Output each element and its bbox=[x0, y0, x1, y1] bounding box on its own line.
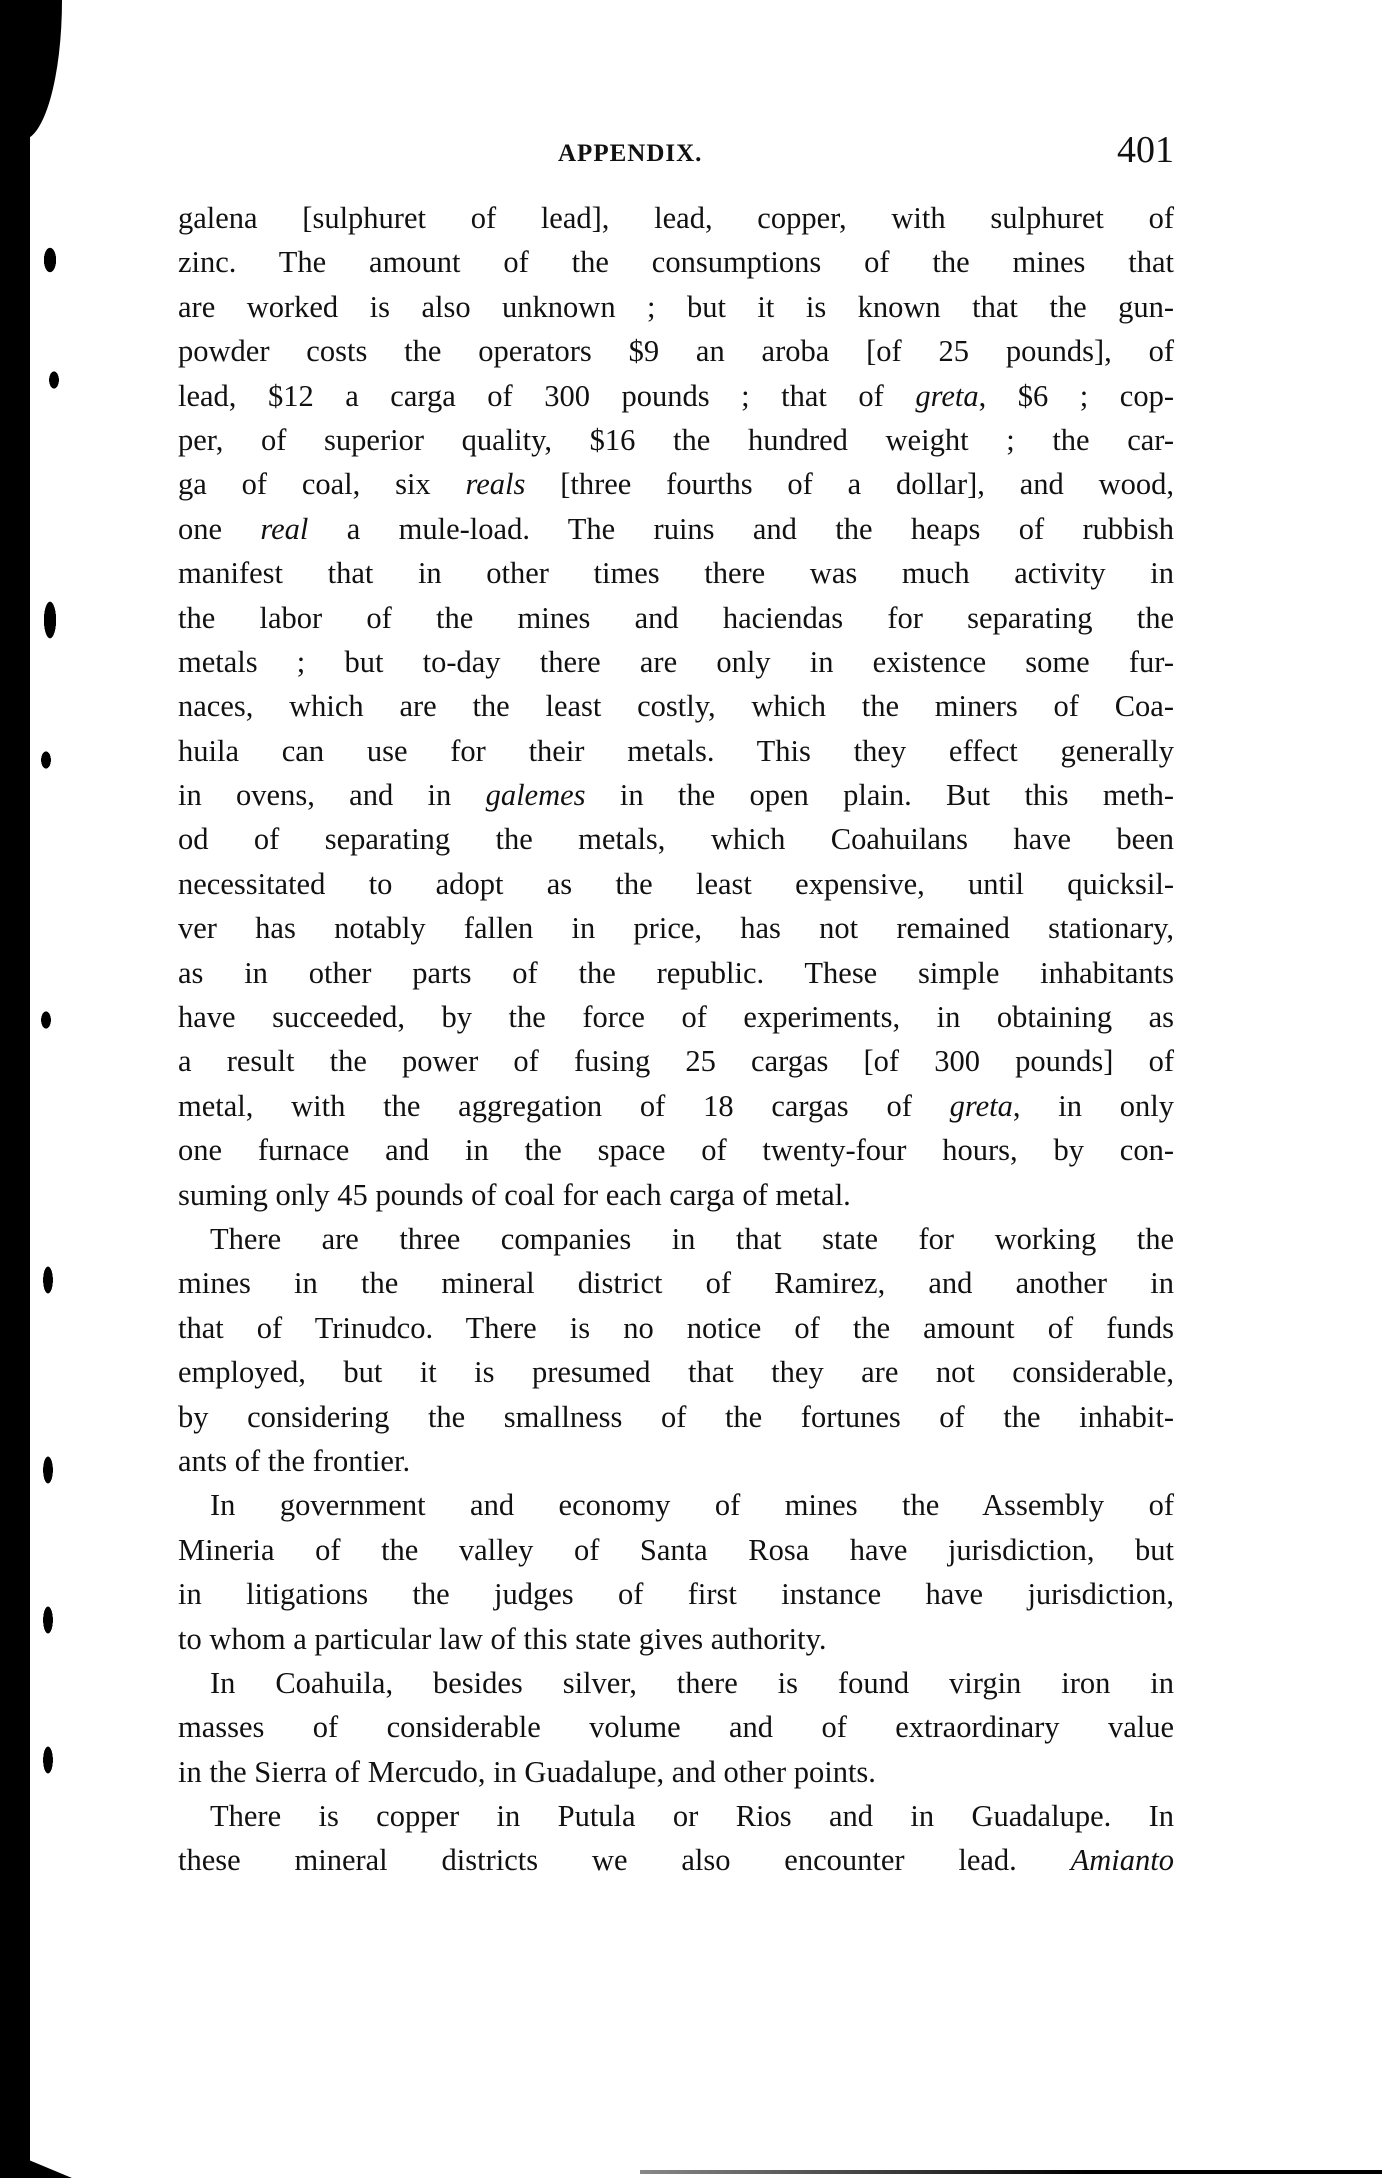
text-line: necessitated to adopt as the least expen… bbox=[178, 862, 1174, 906]
italic-term: Amianto bbox=[1071, 1843, 1174, 1877]
paragraph-1: galena [sulphuret of lead], lead, copper… bbox=[178, 196, 1174, 1217]
text-line: metal, with the aggregation of 18 cargas… bbox=[178, 1084, 1174, 1128]
text-line: are worked is also unknown ; but it is k… bbox=[178, 285, 1174, 329]
text-line: in litigations the judges of first insta… bbox=[178, 1572, 1174, 1616]
text-line: There is copper in Putula or Rios and in… bbox=[178, 1794, 1174, 1838]
text-line: zinc. The amount of the consumptions of … bbox=[178, 240, 1174, 284]
italic-term: greta bbox=[950, 1089, 1013, 1123]
running-title: APPENDIX. bbox=[558, 140, 702, 168]
paragraph-5: There is copper in Putula or Rios and in… bbox=[178, 1794, 1174, 1883]
text-line: ver has notably fallen in price, has not… bbox=[178, 906, 1174, 950]
text-line: per, of superior quality, $16 the hundre… bbox=[178, 418, 1174, 462]
italic-term: reals bbox=[466, 467, 526, 501]
text-line: od of separating the metals, which Coahu… bbox=[178, 817, 1174, 861]
text-line: metals ; but to-day there are only in ex… bbox=[178, 640, 1174, 684]
paragraph-3: In government and economy of mines the A… bbox=[178, 1483, 1174, 1661]
text-line: In government and economy of mines the A… bbox=[178, 1483, 1174, 1527]
text-line: masses of considerable volume and of ext… bbox=[178, 1705, 1174, 1749]
text-line: a result the power of fusing 25 cargas [… bbox=[178, 1039, 1174, 1083]
text-line: these mineral districts we also encounte… bbox=[178, 1838, 1174, 1882]
text-line: one furnace and in the space of twenty-f… bbox=[178, 1128, 1174, 1172]
text-line: one real a mule-load. The ruins and the … bbox=[178, 507, 1174, 551]
italic-term: real bbox=[260, 512, 308, 546]
text-line: by considering the smallness of the fort… bbox=[178, 1395, 1174, 1439]
text-line: to whom a particular law of this state g… bbox=[178, 1617, 1174, 1661]
text-line: galena [sulphuret of lead], lead, copper… bbox=[178, 196, 1174, 240]
text-line: ga of coal, six reals [three fourths of … bbox=[178, 462, 1174, 506]
text-line: in ovens, and in galemes in the open pla… bbox=[178, 773, 1174, 817]
text-line: the labor of the mines and haciendas for… bbox=[178, 596, 1174, 640]
text-line: employed, but it is presumed that they a… bbox=[178, 1350, 1174, 1394]
text-line: have succeeded, by the force of experime… bbox=[178, 995, 1174, 1039]
binding-shadow-spots bbox=[20, 140, 60, 1890]
page-body: galena [sulphuret of lead], lead, copper… bbox=[178, 196, 1174, 1883]
text-line: ants of the frontier. bbox=[178, 1439, 1174, 1483]
text-line: in the Sierra of Mercudo, in Guadalupe, … bbox=[178, 1750, 1174, 1794]
text-line: naces, which are the least costly, which… bbox=[178, 684, 1174, 728]
text-line: mines in the mineral district of Ramirez… bbox=[178, 1261, 1174, 1305]
paragraph-2: There are three companies in that state … bbox=[178, 1217, 1174, 1483]
text-line: huila can use for their metals. This the… bbox=[178, 729, 1174, 773]
italic-term: greta bbox=[915, 379, 978, 413]
text-line: Mineria of the valley of Santa Rosa have… bbox=[178, 1528, 1174, 1572]
text-line: In Coahuila, besides silver, there is fo… bbox=[178, 1661, 1174, 1705]
running-head: APPENDIX. 401 bbox=[178, 128, 1174, 178]
text-line: suming only 45 pounds of coal for each c… bbox=[178, 1173, 1174, 1217]
text-line: powder costs the operators $9 an aroba [… bbox=[178, 329, 1174, 373]
text-line: There are three companies in that state … bbox=[178, 1217, 1174, 1261]
text-line: as in other parts of the republic. These… bbox=[178, 951, 1174, 995]
text-line: that of Trinudco. There is no notice of … bbox=[178, 1306, 1174, 1350]
page-bottom-edge bbox=[640, 2170, 1382, 2174]
italic-term: galemes bbox=[486, 778, 586, 812]
page-corner-shadow bbox=[0, 2160, 72, 2178]
text-line: manifest that in other times there was m… bbox=[178, 551, 1174, 595]
text-line: lead, $12 a carga of 300 pounds ; that o… bbox=[178, 374, 1174, 418]
paragraph-4: In Coahuila, besides silver, there is fo… bbox=[178, 1661, 1174, 1794]
binding-edge bbox=[22, 0, 62, 140]
page-number: 401 bbox=[1117, 128, 1174, 172]
